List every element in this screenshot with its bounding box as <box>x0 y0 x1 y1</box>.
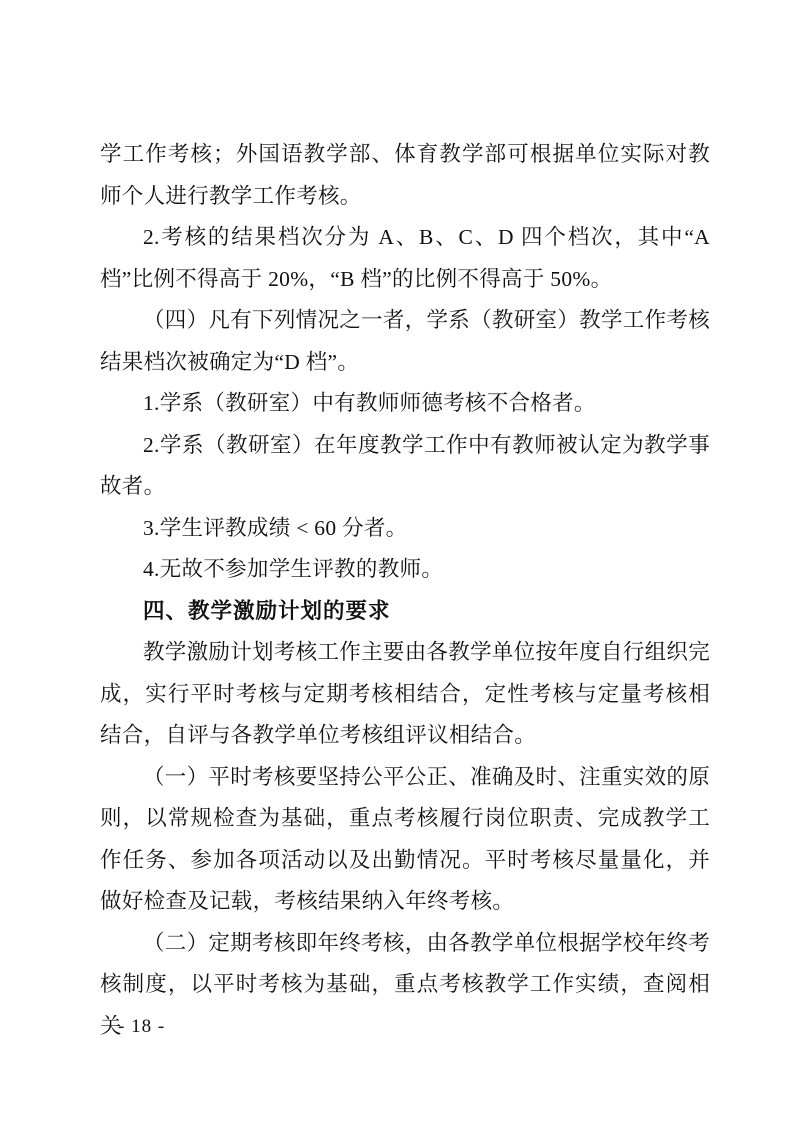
list-item-paragraph: 1.学系（教研室）中有教师师德考核不合格者。 <box>100 383 710 425</box>
document-body: 学工作考核；外国语教学部、体育教学部可根据单位实际对教师个人进行教学工作考核。 … <box>100 134 710 1047</box>
section-heading: 四、教学激励计划的要求 <box>100 591 710 633</box>
list-item-paragraph: 4.无故不参加学生评教的教师。 <box>100 549 710 591</box>
body-paragraph: 2.考核的结果档次分为 A、B、C、D 四个档次，其中“A 档”比例不得高于 2… <box>100 217 710 300</box>
document-page: 学工作考核；外国语教学部、体育教学部可根据单位实际对教师个人进行教学工作考核。 … <box>0 0 793 1122</box>
page-number: - 18 - <box>118 1016 165 1038</box>
body-paragraph: （四）凡有下列情况之一者，学系（教研室）教学工作考核结果档次被确定为“D 档”。 <box>100 300 710 383</box>
body-paragraph: （二）定期考核即年终考核，由各教学单位根据学校年终考核制度，以平时考核为基础，重… <box>100 923 710 1048</box>
list-item-paragraph: 2.学系（教研室）在年度教学工作中有教师被认定为教学事故者。 <box>100 425 710 508</box>
list-item-paragraph: 3.学生评教成绩 < 60 分者。 <box>100 508 710 550</box>
body-paragraph: 学工作考核；外国语教学部、体育教学部可根据单位实际对教师个人进行教学工作考核。 <box>100 134 710 217</box>
body-paragraph: 教学激励计划考核工作主要由各教学单位按年度自行组织完成，实行平时考核与定期考核相… <box>100 632 710 757</box>
body-paragraph: （一）平时考核要坚持公平公正、准确及时、注重实效的原则，以常规检查为基础，重点考… <box>100 757 710 923</box>
